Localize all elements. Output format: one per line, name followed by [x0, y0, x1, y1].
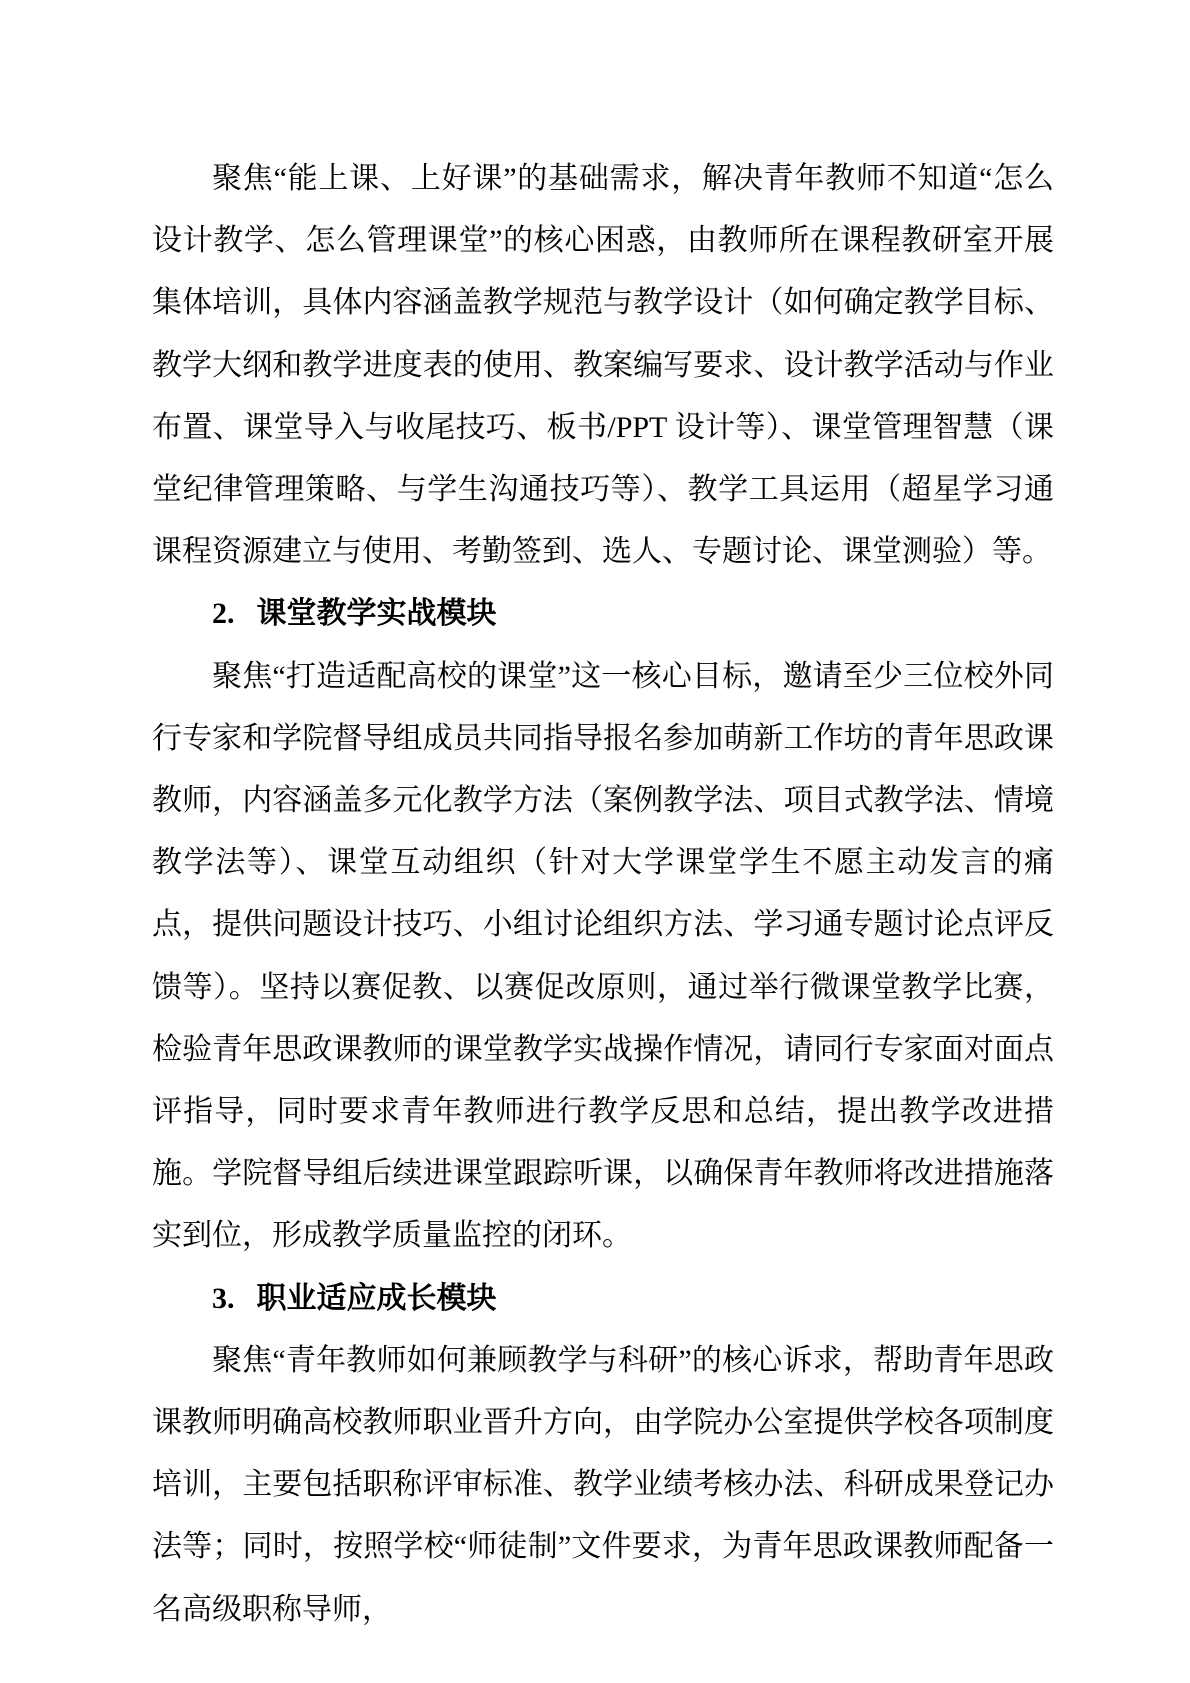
- heading-module-3-number: 3.: [212, 1282, 235, 1315]
- heading-module-3: 3.职业适应成长模块: [152, 1268, 1054, 1330]
- document-page: 聚焦“能上课、上好课”的基础需求，解决青年教师不知道“怎么设计教学、怎么管理课堂…: [0, 0, 1190, 1683]
- heading-module-2-title: 课堂教学实战模块: [257, 597, 497, 630]
- heading-module-3-title: 职业适应成长模块: [257, 1282, 497, 1315]
- paragraph-basic-teaching-training: 聚焦“能上课、上好课”的基础需求，解决青年教师不知道“怎么设计教学、怎么管理课堂…: [152, 148, 1054, 583]
- document-content: 聚焦“能上课、上好课”的基础需求，解决青年教师不知道“怎么设计教学、怎么管理课堂…: [152, 148, 1054, 1641]
- heading-module-2-number: 2.: [212, 597, 235, 630]
- paragraph-classroom-practice: 聚焦“打造适配高校的课堂”这一核心目标，邀请至少三位校外同行专家和学院督导组成员…: [152, 646, 1054, 1268]
- paragraph-career-growth: 聚焦“青年教师如何兼顾教学与科研”的核心诉求，帮助青年思政课教师明确高校教师职业…: [152, 1330, 1054, 1641]
- heading-module-2: 2.课堂教学实战模块: [152, 583, 1054, 645]
